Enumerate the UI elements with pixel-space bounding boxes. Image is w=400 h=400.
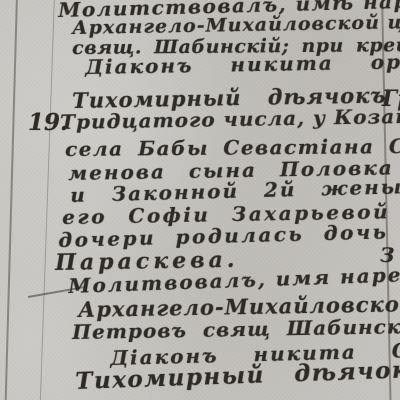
handwriting-line: Тридцатого числа, у Козака	[60, 106, 400, 132]
right-column-fragment: Гр	[382, 88, 400, 110]
handwriting-line: Петровъ свящ Шабинскій; пр	[72, 315, 400, 342]
right-column-fragment: З	[380, 245, 394, 265]
handwriting-line: Діаконъ никита орлане	[85, 50, 400, 77]
margin-rule-inner	[40, 0, 56, 400]
register-scan-page: Молитствовалъ, имѣ нарекъ Архангело-Миха…	[0, 0, 400, 400]
margin-rule-outer	[4, 0, 17, 400]
